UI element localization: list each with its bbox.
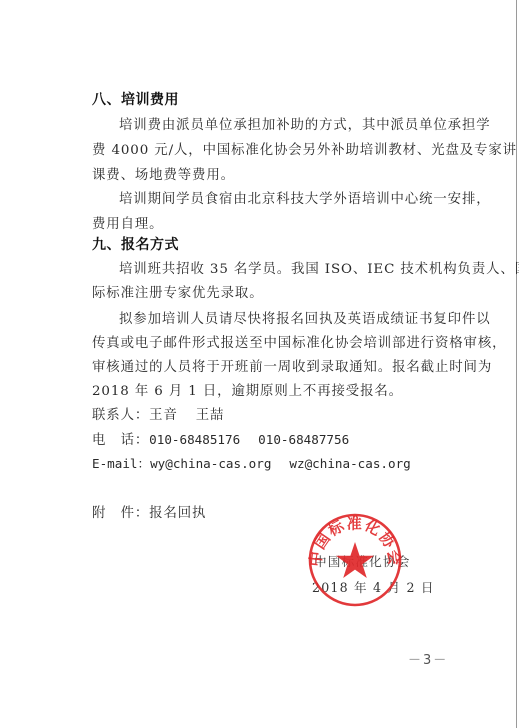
paragraph-line: 审核通过的人员将于开班前一周收到录取通知。报名截止时间为: [92, 359, 492, 377]
phone-2: 010-68487756: [258, 432, 349, 447]
page-edge-border: [516, 0, 517, 728]
contact-person-2: 王喆: [196, 408, 225, 423]
contact-emails-row: E-mail：wy@china-cas.orgwz@china-cas.org: [92, 455, 411, 474]
contact-persons-row: 联系人：王音王喆: [92, 407, 224, 425]
star-icon: [336, 542, 374, 578]
official-seal-stamp: 中国标准化协会: [307, 512, 403, 608]
paragraph-line: 际标准注册专家优先录取。: [92, 285, 264, 303]
section-heading-registration: 九、报名方式: [92, 236, 179, 254]
paragraph-line: 2018 年 6 月 1 日，逾期原则上不再接受报名。: [92, 383, 403, 401]
attachment-value: 报名回执: [149, 506, 206, 521]
paragraph-line: 拟参加培训人员请尽快将报名回执及英语成绩证书复印件以: [119, 311, 491, 329]
email-1[interactable]: wy@china-cas.org: [150, 456, 271, 471]
email-2[interactable]: wz@china-cas.org: [289, 456, 410, 471]
contact-person-label: 联系人：: [92, 407, 149, 425]
contact-person-1: 王音: [149, 408, 178, 423]
paragraph-line: 培训班共招收 35 名学员。我国 ISO、IEC 技术机构负责人、国: [119, 261, 519, 279]
paragraph-line: 费 4000 元/人，中国标准化协会另外补助培训教材、光盘及专家讲: [92, 142, 517, 160]
section-heading-fees: 八、培训费用: [92, 91, 179, 109]
contact-phones-row: 电 话：010-68485176010-68487756: [92, 431, 349, 450]
paragraph-line: 课费、场地费等费用。: [92, 167, 235, 185]
paragraph-line: 费用自理。: [92, 216, 163, 234]
attachment-row: 附 件：报名回执: [92, 505, 206, 523]
phone-label: 电 话：: [92, 432, 149, 450]
paragraph-line: 传真或电子邮件形式报送至中国标准化协会培训部进行资格审核，: [92, 335, 506, 353]
phone-1: 010-68485176: [149, 432, 240, 447]
page-number: －3－: [408, 649, 448, 668]
email-label: E-mail：: [92, 455, 150, 473]
attachment-label: 附 件：: [92, 506, 149, 521]
paragraph-line: 培训费由派员单位承担加补助的方式，其中派员单位承担学: [119, 117, 491, 135]
paragraph-line: 培训期间学员食宿由北京科技大学外语培训中心统一安排，: [119, 191, 491, 209]
